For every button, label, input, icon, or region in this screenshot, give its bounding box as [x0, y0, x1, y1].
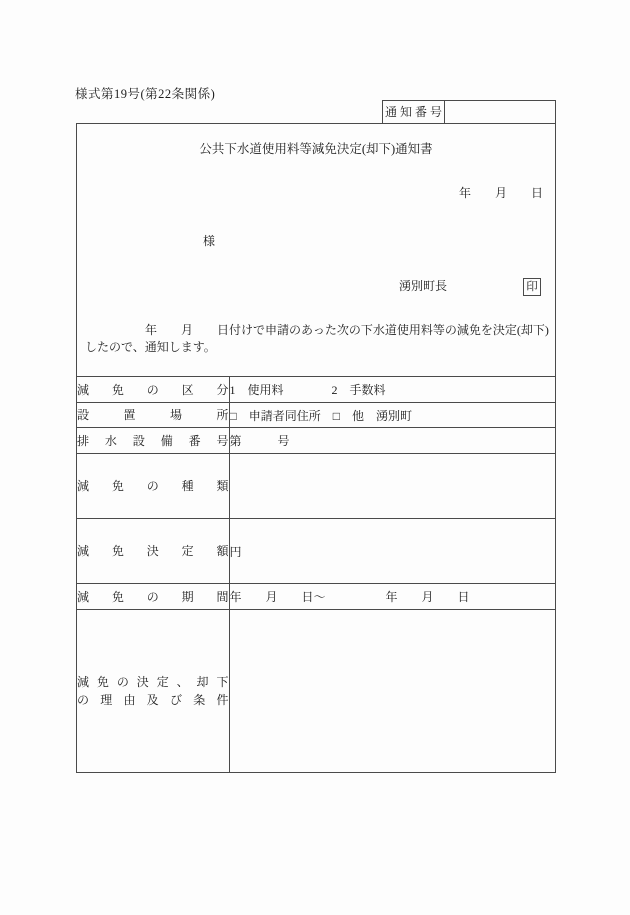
reduction-amount-value: 円 — [229, 519, 555, 584]
row-reduction-period: 減 免 の 期 間 年 月 日～ 年 月 日 — [77, 584, 555, 610]
drainage-equipment-number-value: 第 号 — [229, 428, 555, 454]
notice-form-box: 公共下水道使用料等減免決定(却下)通知書 年 月 日 様 湧別町長 印 年 月 … — [76, 123, 556, 773]
row-reduction-category: 減 免 の 区 分 1 使用料 2 手数料 — [77, 377, 555, 403]
form-number: 様式第19号(第22条関係) — [75, 84, 215, 102]
reduction-category-label: 減 免 の 区 分 — [77, 377, 229, 403]
document-page: 様式第19号(第22条関係) 通 知 番 号 公共下水道使用料等減免決定(却下)… — [0, 0, 630, 915]
notification-body-paragraph: 年 月 日付けで申請のあった次の下水道使用料等の減免を決定(却下) したので、通… — [85, 322, 553, 356]
reduction-amount-label: 減 免 決 定 額 — [77, 519, 229, 584]
reduction-category-value: 1 使用料 2 手数料 — [229, 377, 555, 403]
document-title: 公共下水道使用料等減免決定(却下)通知書 — [77, 139, 555, 157]
row-drainage-equipment-number: 排 水 設 備 番 号 第 号 — [77, 428, 555, 454]
notice-number-box: 通 知 番 号 — [382, 100, 556, 124]
row-reduction-reason: 減 免 の 決 定 、 却 下 の 理 由 及 び 条 件 — [77, 610, 555, 773]
reduction-period-label: 減 免 の 期 間 — [77, 584, 229, 610]
notice-header: 公共下水道使用料等減免決定(却下)通知書 年 月 日 様 湧別町長 印 年 月 … — [77, 124, 555, 376]
form-table: 減 免 の 区 分 1 使用料 2 手数料 設 置 場 所 □ 申請者同住所 □… — [77, 376, 555, 772]
notice-number-label: 通 知 番 号 — [383, 101, 445, 124]
row-installation-place: 設 置 場 所 □ 申請者同住所 □ 他 湧別町 — [77, 403, 555, 428]
row-reduction-amount: 減 免 決 定 額 円 — [77, 519, 555, 584]
issuer-mayor-name: 湧別町長 — [399, 277, 447, 294]
reduction-type-label: 減 免 の 種 類 — [77, 454, 229, 519]
reduction-reason-label: 減 免 の 決 定 、 却 下 の 理 由 及 び 条 件 — [77, 610, 229, 773]
row-reduction-type: 減 免 の 種 類 — [77, 454, 555, 519]
reduction-period-value: 年 月 日～ 年 月 日 — [229, 584, 555, 610]
issue-date-line: 年 月 日 — [459, 184, 543, 201]
drainage-equipment-number-label: 排 水 設 備 番 号 — [77, 428, 229, 454]
installation-place-label: 設 置 場 所 — [77, 403, 229, 428]
notice-number-field — [445, 101, 555, 124]
addressee-sama: 様 — [203, 232, 215, 249]
reduction-reason-value — [229, 610, 555, 773]
seal-box: 印 — [523, 278, 541, 296]
installation-place-value: □ 申請者同住所 □ 他 湧別町 — [229, 403, 555, 428]
reduction-type-value — [229, 454, 555, 519]
